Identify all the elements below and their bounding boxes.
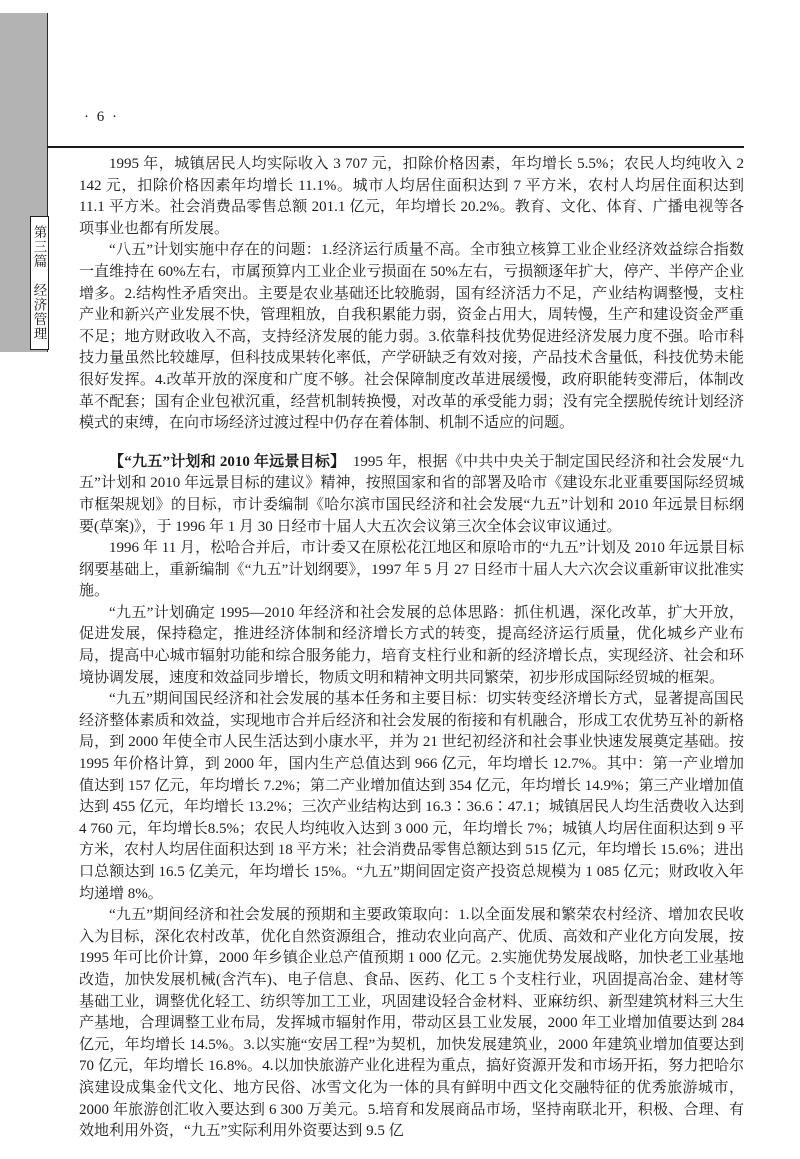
paragraph-overall-thinking: “九五”计划确定 1995—2010 年经济和社会发展的总体思路：抓住机遇，深化… [79,603,744,689]
gutter-shading-bar: 第三篇 经济管理 [0,13,48,352]
paragraph-eighth-plan-problems: “八五”计划实施中存在的问题：1.经济运行质量不高。全市独立核算工业企业经济效益… [79,240,744,434]
paragraph-main-targets: “九五”期间国民经济和社会发展的基本任务和主要目标：切实转变经济增长方式，显著提… [79,689,744,905]
section-tab: 第三篇 经济管理 [30,216,49,350]
page-number: · 6 · [84,109,119,126]
paragraph-1995-incomes: 1995 年，城镇居民人均实际收入 3 707 元，扣除价格因素，年均增长 5.… [79,154,744,240]
paragraph-ninth-plan-entry: 【“九五”计划和 2010 年远景目标】 1995 年，根据《中共中央关于制定国… [79,452,744,538]
page-content: 1995 年，城镇居民人均实际收入 3 707 元，扣除价格因素，年均增长 5.… [79,154,744,1143]
section-tab-label: 第三篇 经济管理 [31,225,48,341]
paragraph-policy-orientation: “九五”期间经济和社会发展的预期和主要政策取向：1.以全面发展和繁荣农村经济、增… [79,905,744,1143]
book-page: 第三篇 经济管理 · 6 · 1995 年，城镇居民人均实际收入 3 707 元… [0,0,800,1159]
header-rule [47,146,744,148]
entry-heading: 【“九五”计划和 2010 年远景目标】 [109,454,345,470]
paragraph-1996-merger: 1996 年 11 月，松哈合并后，市计委又在原松花江地区和原哈市的“九五”计划… [79,538,744,603]
